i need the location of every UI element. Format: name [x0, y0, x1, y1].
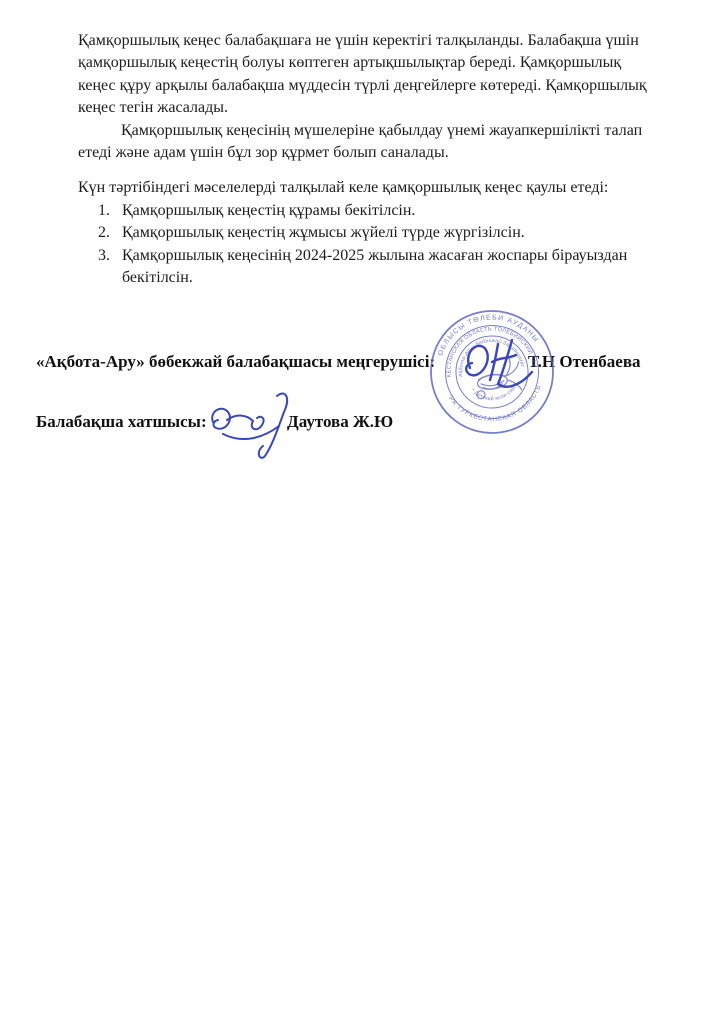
- body-text-line: Қамқоршылық кеңестің жұмысы жүйелі түрде…: [122, 222, 525, 244]
- resolution-item: 1.Қамқоршылық кеңестің құрамы бекітілсін…: [98, 200, 678, 222]
- document-page: Қамқоршылық кеңес балабақшаға не үшін ке…: [0, 0, 724, 1024]
- manager-signature-label: «Ақбота-Ару» бөбекжай балабақшасы меңгер…: [36, 352, 435, 372]
- body-text-line: кеңес тегін жасалады.: [78, 97, 678, 119]
- body-text-line: етеді және адам үшін бұл зор құрмет болы…: [78, 142, 678, 164]
- body-text-line: бекітілсін.: [122, 267, 627, 289]
- paragraph-discussion: Қамқоршылық кеңес балабақшаға не үшін ке…: [78, 30, 678, 120]
- body-text-line: кеңес құру арқылы балабақша мүддесін түр…: [78, 75, 678, 97]
- resolution-list: 1.Қамқоршылық кеңестің құрамы бекітілсін…: [98, 200, 678, 290]
- body-text-line: Қамқоршылық кеңес балабақшаға не үшін ке…: [78, 30, 678, 52]
- resolution-item: 2.Қамқоршылық кеңестің жұмысы жүйелі түр…: [98, 222, 678, 244]
- secretary-signature: [205, 388, 300, 460]
- agenda-intro-line: Күн тәртібіндегі мәселелерді талқылай ке…: [78, 177, 678, 199]
- resolution-text: Қамқоршылық кеңесінің 2024-2025 жылына ж…: [122, 245, 627, 290]
- body-text-line: Қамқоршылық кеңесінің мүшелеріне қабылда…: [78, 120, 678, 142]
- secretary-signature-label: Балабақша хатшысы:: [36, 412, 207, 432]
- body-text-line: Қамқоршылық кеңесінің 2024-2025 жылына ж…: [122, 245, 627, 267]
- body-text-line: қамқоршылық кеңестің болуы көптеген арты…: [78, 52, 678, 74]
- manager-signature: [448, 330, 543, 398]
- secretary-name: Даутова Ж.Ю: [287, 412, 393, 432]
- resolution-number: 2.: [98, 222, 122, 244]
- resolution-item: 3.Қамқоршылық кеңесінің 2024-2025 жылына…: [98, 245, 678, 290]
- resolution-text: Қамқоршылық кеңестің құрамы бекітілсін.: [122, 200, 415, 222]
- body-text-line: Қамқоршылық кеңестің құрамы бекітілсін.: [122, 200, 415, 222]
- paragraph-membership: Қамқоршылық кеңесінің мүшелеріне қабылда…: [78, 120, 678, 165]
- resolution-number: 1.: [98, 200, 122, 222]
- resolution-number: 3.: [98, 245, 122, 290]
- resolution-text: Қамқоршылық кеңестің жұмысы жүйелі түрде…: [122, 222, 525, 244]
- document-body: Қамқоршылық кеңес балабақшаға не үшін ке…: [78, 30, 678, 289]
